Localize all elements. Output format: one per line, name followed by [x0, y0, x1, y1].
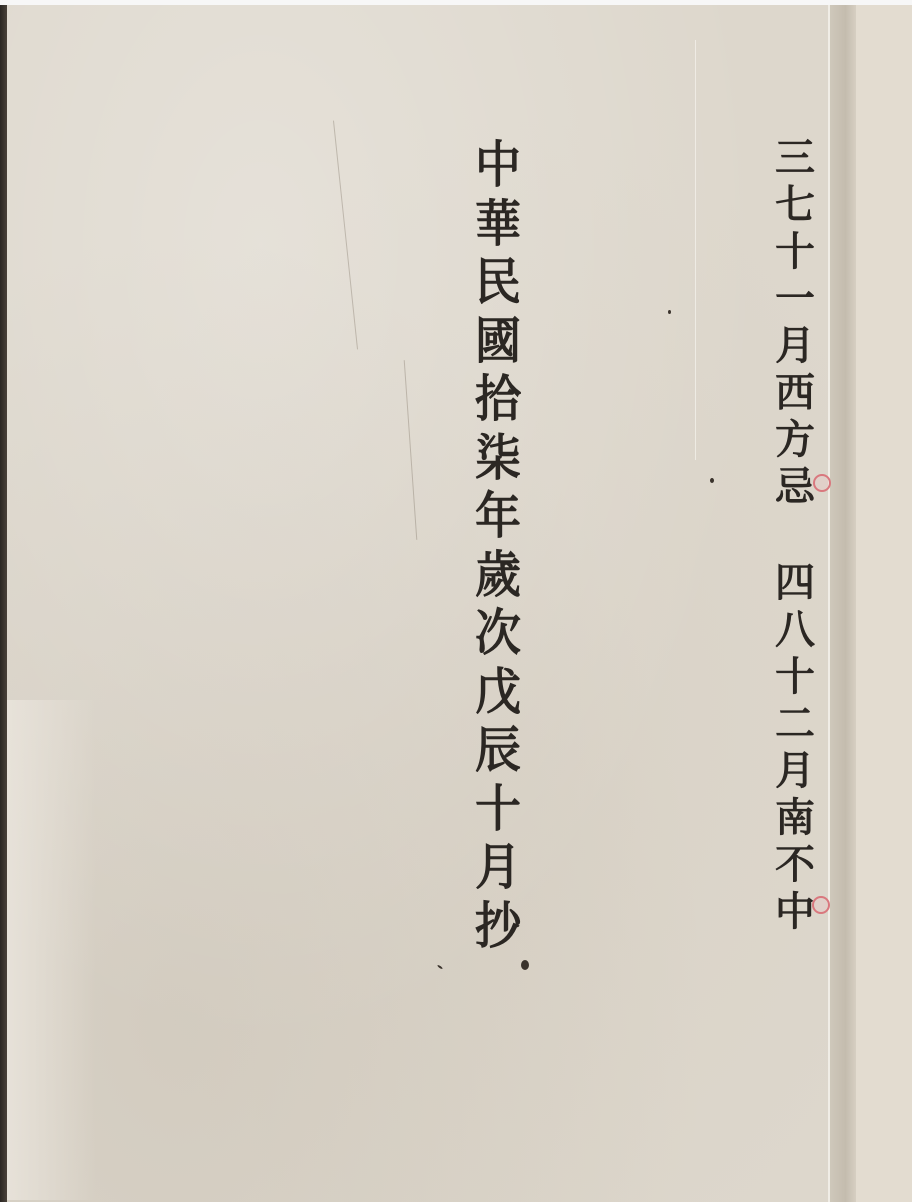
char: 中 — [475, 140, 521, 199]
ink-speck — [668, 310, 671, 314]
char: 國 — [475, 316, 521, 375]
char: 十 — [475, 784, 521, 843]
char: 年 — [475, 491, 521, 550]
char: 四 — [775, 563, 815, 610]
ink-speck — [710, 478, 714, 483]
char: 月 — [775, 751, 815, 798]
red-circle-mark — [813, 474, 831, 492]
paper-crease — [695, 40, 696, 460]
char: 歲 — [475, 550, 521, 609]
char: 月 — [475, 842, 521, 901]
char: 十 — [775, 232, 815, 279]
char: 二 — [775, 704, 815, 751]
char: 拾 — [475, 374, 521, 433]
char: 柒 — [475, 433, 521, 492]
punctuation-mark — [521, 960, 529, 970]
char: 十 — [775, 657, 815, 704]
char: 次 — [475, 608, 521, 667]
red-circle-mark — [812, 896, 830, 914]
right-column-2: 四 八 十 二 月 南 不 中 — [770, 563, 820, 939]
char: 三 — [775, 138, 815, 185]
manuscript-page — [6, 5, 856, 1202]
page-fold-line — [828, 5, 830, 1202]
char: 戊 — [475, 667, 521, 726]
right-page-strip — [856, 5, 912, 1202]
char: 中 — [775, 892, 815, 939]
char: 一 — [775, 279, 815, 326]
char: 辰 — [475, 725, 521, 784]
char: 民 — [475, 257, 521, 316]
char: 不 — [775, 845, 815, 892]
char: 抄 — [475, 901, 521, 960]
right-column-1: 三 七 十 一 月 西 方 忌 — [770, 138, 820, 514]
colophon-main-column: 中 華 民 國 拾 柒 年 歲 次 戊 辰 十 月 抄 — [463, 140, 533, 959]
paper-wear-area — [6, 700, 96, 1200]
char: 七 — [775, 185, 815, 232]
char: 華 — [475, 199, 521, 258]
char: 西 — [775, 373, 815, 420]
char: 忌 — [775, 467, 815, 514]
char: 方 — [775, 420, 815, 467]
char: 南 — [775, 798, 815, 845]
char: 八 — [775, 610, 815, 657]
char: 月 — [775, 326, 815, 373]
adjacent-leaf-edge — [830, 5, 856, 1202]
scan-left-border — [0, 5, 7, 1202]
